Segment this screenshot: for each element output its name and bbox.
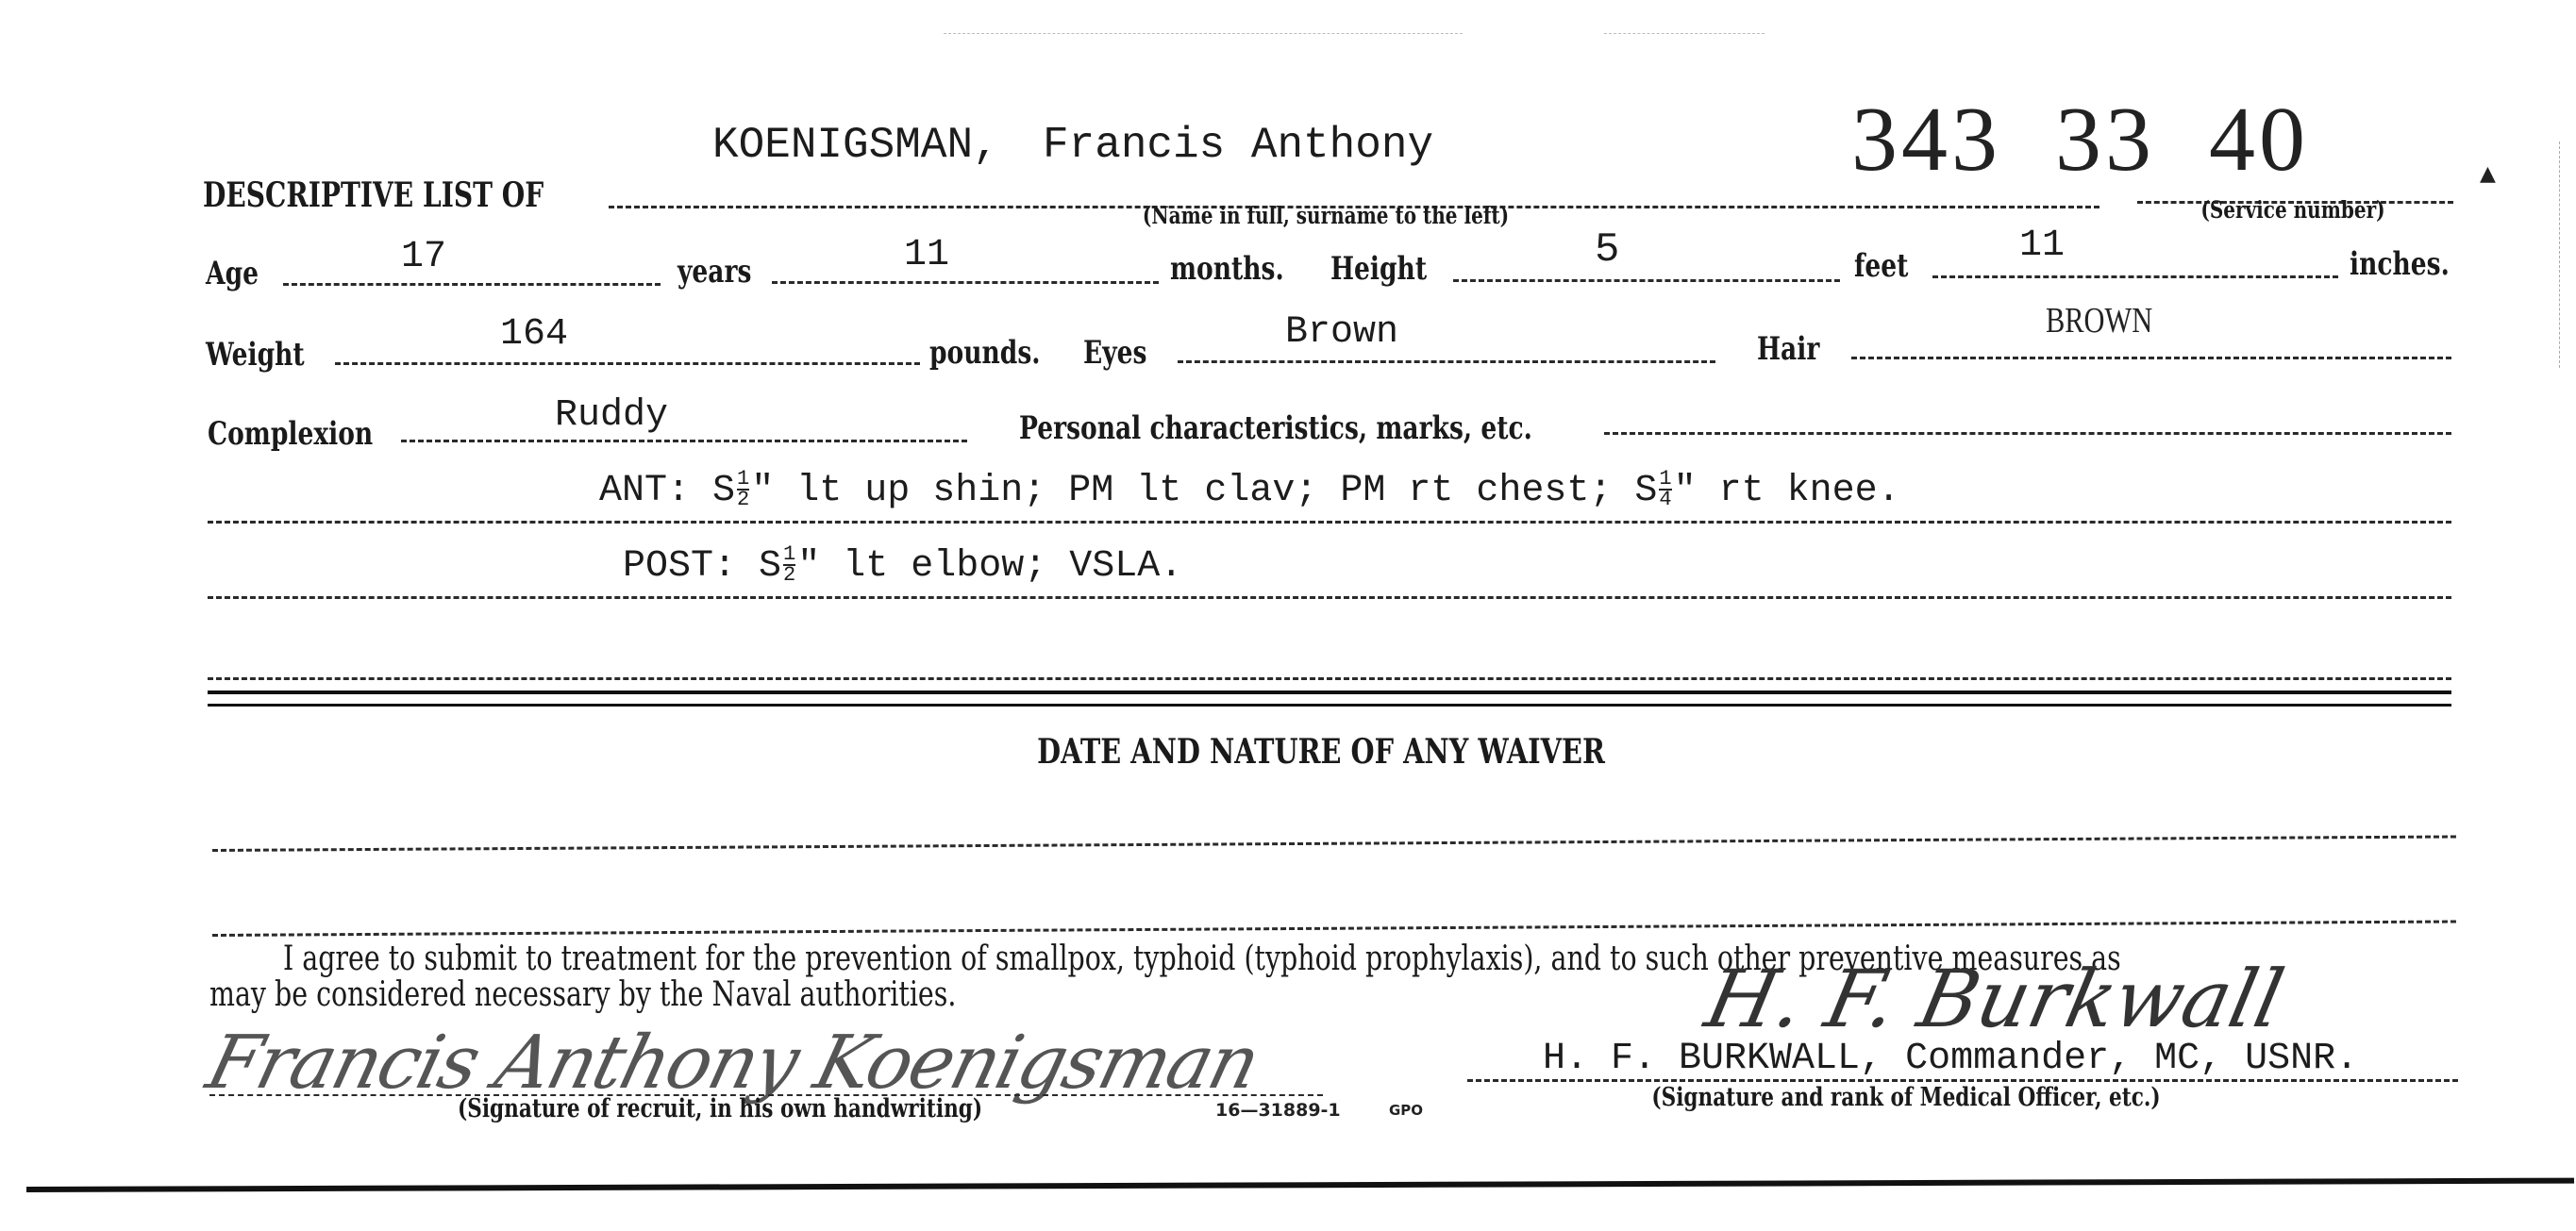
years-label: years [677, 253, 751, 291]
complexion-value: Ruddy [555, 394, 668, 437]
pounds-label: pounds. [929, 334, 1041, 372]
fraction-half: 12 [783, 545, 795, 585]
marks-posterior: POST: S12" lt elbow; VSLA. [623, 545, 1182, 588]
waiver-line-2 [212, 920, 2456, 937]
scan-artifact-line [944, 33, 1463, 34]
marks-line-1 [208, 521, 2451, 524]
name-caption: (Name in full, surname to the left) [1099, 202, 1552, 229]
eyes-line [1178, 360, 1715, 363]
marks-anterior-middle: " lt up shin; PM lt clav; PM rt chest; S [751, 470, 1657, 512]
age-years-value: 17 [401, 236, 446, 278]
height-inches-value: 11 [2019, 225, 2065, 267]
form-number: 16—31889-1 [1215, 1100, 1341, 1121]
hair-label: Hair [1757, 330, 1819, 368]
weight-value: 164 [500, 313, 568, 356]
form-title-label: DESCRIPTIVE LIST OF [203, 175, 544, 215]
officer-typed-name: H. F. BURKWALL, Commander, MC, USNR. [1543, 1038, 2358, 1080]
section-divider-bottom [208, 704, 2451, 707]
hair-value: BROWN [2046, 300, 2152, 341]
weight-label: Weight [206, 336, 305, 374]
scan-artifact-line [1604, 33, 1765, 34]
marks-posterior-suffix: " lt elbow; VSLA. [797, 545, 1182, 588]
recruit-surname: KOENIGSMAN, [712, 121, 999, 170]
waiver-line-1 [212, 835, 2456, 852]
marks-anterior-prefix: ANT: S [599, 470, 735, 512]
recruit-signature: Francis Anthony Koenigsman [199, 1021, 1266, 1106]
recruit-given-names: Francis Anthony [1043, 121, 1433, 170]
height-label: Height [1330, 250, 1427, 288]
printer-mark: GPO [1389, 1102, 1423, 1119]
age-label: Age [206, 255, 259, 292]
service-number-caption: (Service number) [2149, 196, 2436, 224]
recruit-signature-caption: (Signature of recruit, in his own handwr… [458, 1094, 948, 1123]
eyes-value: Brown [1285, 311, 1398, 354]
months-label: months. [1170, 250, 1284, 288]
height-feet-value: 5 [1595, 226, 1619, 274]
marks-line-2 [208, 596, 2451, 599]
margin-mark-icon: ▲ [2480, 162, 2496, 186]
officer-signature-line [1467, 1079, 2458, 1082]
feet-label: feet [1854, 247, 1908, 285]
fraction-quarter: 14 [1659, 470, 1671, 509]
age-years-line [283, 283, 661, 286]
marks-anterior: ANT: S12" lt up shin; PM lt clav; PM rt … [599, 470, 1900, 512]
age-months-value: 11 [904, 234, 949, 276]
waiver-heading: DATE AND NATURE OF ANY WAIVER [1027, 732, 1615, 772]
height-inches-line [1932, 275, 2338, 278]
consent-text-line-2: may be considered necessary by the Naval… [209, 975, 956, 1014]
inches-label: inches. [2350, 245, 2450, 283]
page-edge [2559, 141, 2560, 368]
complexion-label: Complexion [208, 415, 373, 453]
marks-posterior-prefix: POST: S [623, 545, 781, 588]
marks-anterior-suffix: " rt knee. [1674, 470, 1900, 512]
personal-characteristics-line [1604, 432, 2451, 435]
marks-line-3 [208, 677, 2451, 680]
officer-signature: H. F. Burkwall [1698, 953, 2292, 1045]
service-number: 343 33 40 [1851, 87, 2309, 192]
age-months-line [772, 281, 1159, 284]
officer-signature-caption: (Signature and rank of Medical Officer, … [1619, 1083, 2193, 1112]
personal-characteristics-label: Personal characteristics, marks, etc. [1019, 409, 1532, 447]
height-feet-line [1453, 279, 1840, 282]
weight-line [335, 362, 920, 365]
hair-line [1851, 357, 2451, 359]
fraction-half: 12 [737, 470, 749, 509]
eyes-label: Eyes [1083, 334, 1146, 372]
section-divider-top [208, 690, 2451, 694]
complexion-line [401, 440, 967, 442]
bottom-border-rule [26, 1178, 2574, 1192]
